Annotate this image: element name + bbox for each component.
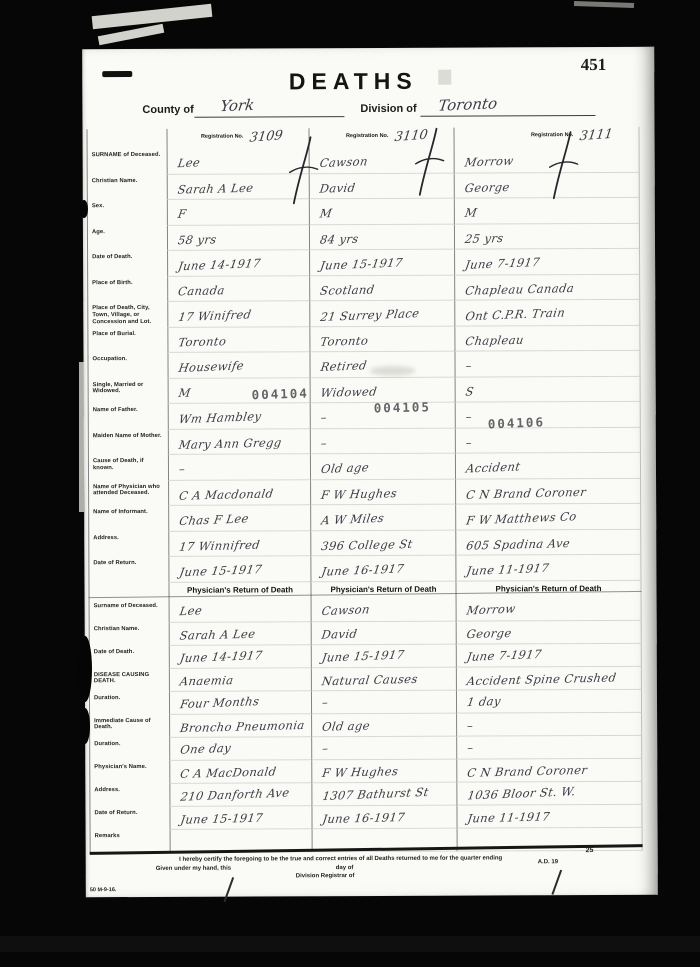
- field-cell: Old age: [311, 713, 456, 737]
- physicians-return-title: Physician's Return of Death: [455, 580, 641, 598]
- handwritten-value: C N Brand Coroner: [466, 762, 588, 779]
- register-page: 451 DEATHS County of York Division of To…: [82, 47, 658, 897]
- checkmark-icon: [412, 126, 446, 198]
- certification-registrar: Division Registrar of: [296, 873, 355, 879]
- field-cell: Chapleau Canada: [454, 274, 640, 300]
- row-label: Name of Informant.: [88, 506, 168, 532]
- field-cell: June 15-1917: [311, 644, 456, 668]
- scan-blob: [80, 708, 90, 744]
- handwritten-value: George: [464, 180, 511, 195]
- handwritten-value: Lee: [179, 603, 204, 618]
- field-cell: F W Matthews Co: [455, 504, 641, 530]
- register-row: Name of Father.Wm Hambley––: [88, 402, 641, 430]
- handwritten-value: 84 yrs: [319, 232, 359, 247]
- field-cell: Accident: [455, 453, 641, 479]
- row-label: Surname of Deceased.: [89, 599, 169, 622]
- register-row: Sex.FMM: [87, 198, 640, 226]
- handwritten-value: Old age: [320, 460, 370, 476]
- pen-slash: [551, 870, 561, 895]
- handwritten-value: –: [466, 740, 474, 754]
- handwritten-value: June 16-1917: [321, 561, 406, 578]
- handwritten-value: June 14-1917: [177, 255, 262, 272]
- handwritten-value: –: [465, 409, 473, 423]
- register-row: Date of Return.June 15-1917June 16-1917J…: [88, 555, 641, 583]
- scan-smudge: [438, 70, 451, 85]
- field-cell: Four Months: [169, 691, 311, 715]
- physicians-return-section: Surname of Deceased.LeeCawsonMorrowChris…: [89, 597, 643, 852]
- handwritten-value: Canada: [177, 283, 225, 298]
- county-division-line: County of York Division of Toronto: [142, 97, 612, 121]
- field-cell: –: [454, 351, 640, 377]
- field-cell: F W Hughes: [311, 759, 456, 783]
- field-cell: 84 yrs: [309, 224, 454, 250]
- handwritten-value: June 7-1917: [466, 646, 543, 663]
- field-cell: June 14-1917: [167, 250, 309, 276]
- handwritten-value: June 15-1917: [179, 561, 264, 578]
- row-label: Date of Death.: [87, 251, 167, 277]
- field-cell: Morrow: [456, 597, 642, 621]
- field-cell: Toronto: [167, 327, 309, 353]
- register-row: Surname of Deceased.LeeCawsonMorrow: [89, 597, 642, 622]
- field-cell: 605 Spadina Ave: [455, 529, 641, 555]
- row-label: Date of Return.: [88, 557, 168, 583]
- division-rule: [420, 114, 595, 117]
- handwritten-value: C A Macdonald: [178, 486, 274, 502]
- handwritten-value: F W Hughes: [320, 486, 398, 502]
- handwritten-value: June 15-1917: [319, 255, 404, 272]
- field-cell: Natural Causes: [311, 667, 456, 691]
- register-row: DISEASE CAUSING DEATH.AnaemiaNatural Cau…: [89, 666, 642, 691]
- handwritten-value: M: [464, 205, 478, 220]
- handwritten-value: 1 day: [466, 693, 502, 708]
- field-cell: Housewife: [167, 352, 309, 378]
- handwritten-value: 25 yrs: [464, 231, 504, 246]
- field-cell: –: [168, 454, 310, 480]
- office-stamp: 004106: [488, 414, 546, 431]
- field-cell: Canada: [167, 276, 309, 302]
- field-cell: C A Macdonald: [168, 480, 310, 506]
- field-cell: June 16-1917: [311, 805, 456, 829]
- handwritten-value: 17 Winnifred: [178, 538, 261, 554]
- register-row: Date of Death.June 14-1917June 15-1917Ju…: [89, 643, 642, 668]
- register-row: Place of Burial.TorontoTorontoChapleau: [87, 325, 640, 353]
- handwritten-value: S: [465, 384, 475, 398]
- handwritten-value: Sarah A Lee: [179, 626, 257, 642]
- row-label: Name of Father.: [88, 404, 168, 430]
- handwritten-value: 17 Winifred: [177, 307, 252, 324]
- handwritten-value: –: [178, 461, 186, 475]
- handwritten-value: 21 Surrey Place: [319, 306, 420, 324]
- handwritten-value: Sarah A Lee: [177, 181, 255, 197]
- handwritten-value: 210 Danforth Ave: [180, 785, 291, 803]
- field-cell: S: [455, 376, 641, 402]
- register-row: Duration.Four Months–1 day: [89, 689, 642, 714]
- certification-given: Given under my hand, this: [156, 866, 231, 872]
- field-cell: Mary Ann Gregg: [168, 429, 310, 455]
- handwritten-value: M: [319, 205, 333, 220]
- certification-text: I hereby certify the foregoing to be the…: [146, 855, 536, 864]
- field-cell: Accident Spine Crushed: [456, 666, 642, 690]
- field-cell: 17 Winifred: [167, 301, 309, 327]
- field-cell: Sarah A Lee: [169, 622, 311, 646]
- handwritten-value: 1036 Bloor St. W.: [467, 784, 577, 802]
- register-row: Name of Physician who attended Deceased.…: [88, 478, 641, 506]
- field-cell: David: [311, 621, 456, 645]
- row-label: Maiden Name of Mother.: [88, 429, 168, 455]
- handwritten-value: June 15-1917: [321, 647, 406, 664]
- handwritten-value: June 11-1917: [467, 809, 551, 825]
- handwritten-value: Natural Causes: [321, 671, 419, 687]
- handwritten-value: June 15-1917: [180, 810, 264, 826]
- handwritten-value: F W Matthews Co: [465, 509, 577, 527]
- field-cell: June 15-1917: [309, 250, 454, 276]
- field-cell: June 7-1917: [456, 643, 642, 667]
- register-row: Cause of Death, if known.–Old ageAcciden…: [88, 453, 641, 481]
- field-cell: 21 Surrey Place: [309, 301, 454, 327]
- register-row: Maiden Name of Mother.Mary Ann Gregg––: [88, 427, 641, 455]
- handwritten-value: –: [465, 358, 473, 372]
- handwritten-value: Accident: [465, 459, 521, 475]
- checkmark-icon: [547, 129, 581, 201]
- form-print-code: 50 M-9-16.: [90, 887, 117, 893]
- row-label: Duration.: [89, 691, 169, 714]
- field-cell: 1036 Bloor St. W.: [456, 781, 642, 805]
- row-label: Date of Death.: [89, 645, 169, 668]
- division-label: Division of: [360, 103, 416, 115]
- row-label: Physician's Name.: [89, 760, 169, 783]
- field-cell: 1 day: [456, 689, 642, 713]
- handwritten-value: Chapleau Canada: [464, 281, 575, 298]
- field-cell: C A MacDonald: [169, 760, 311, 784]
- field-cell: Broncho Pneumonia: [169, 714, 311, 738]
- county-rule: [194, 115, 344, 118]
- page-title: DEATHS: [82, 67, 624, 96]
- field-cell: 17 Winnifred: [168, 531, 310, 557]
- handwritten-value: C A MacDonald: [179, 764, 277, 780]
- handwritten-value: F: [177, 206, 188, 220]
- footer-page-note: 25: [586, 847, 594, 854]
- registration-label: Registration No.: [201, 134, 244, 140]
- field-cell: One day: [169, 737, 311, 761]
- row-label: Single, Married or Widowed.: [88, 378, 168, 404]
- handwritten-value: 605 Spadina Ave: [465, 536, 571, 553]
- handwritten-value: Cawson: [319, 154, 369, 170]
- registration-label: Registration No.: [346, 133, 389, 139]
- field-cell: Cawson: [311, 598, 456, 622]
- field-cell: 25 yrs: [454, 223, 640, 249]
- field-cell: 210 Danforth Ave: [169, 783, 311, 807]
- row-label: Address.: [89, 783, 169, 806]
- field-cell: Chas F Lee: [168, 505, 310, 531]
- handwritten-value: –: [465, 435, 473, 449]
- field-cell: Lee: [169, 599, 311, 623]
- row-label: Immediate Cause of Death.: [89, 714, 169, 737]
- scanner-bed-band: [0, 936, 700, 952]
- field-cell: George: [456, 620, 642, 644]
- field-cell: Scotland: [309, 275, 454, 301]
- scan-blob: [78, 636, 92, 702]
- field-cell: M: [309, 199, 454, 225]
- field-cell: –: [456, 735, 642, 759]
- field-cell: 396 College St: [310, 530, 455, 556]
- register-row: Occupation.HousewifeRetired–: [87, 351, 640, 379]
- handwritten-value: Chas F Lee: [178, 511, 250, 528]
- checkmark-icon: [287, 134, 321, 206]
- handwritten-value: David: [319, 181, 356, 196]
- certification-day-of: day of: [336, 865, 354, 871]
- register-table: Registration No. 3109 Registration No. 3…: [87, 127, 643, 853]
- handwritten-value: Broncho Pneumonia: [179, 717, 305, 734]
- handwritten-value: Retired: [320, 358, 368, 374]
- row-label: Place of Burial.: [87, 327, 167, 353]
- handwritten-value: June 14-1917: [179, 647, 264, 664]
- office-stamp: 004104: [251, 386, 309, 403]
- handwritten-value: Four Months: [179, 694, 260, 711]
- physicians-return-title: Physician's Return of Death: [310, 581, 455, 599]
- field-cell: –: [310, 428, 455, 454]
- register-row: Duration.One day––: [89, 735, 642, 760]
- certification-ad: A.D. 19: [538, 859, 558, 865]
- handwritten-value: C N Brand Coroner: [465, 485, 587, 502]
- handwritten-value: Morrow: [466, 601, 517, 617]
- register-row: Date of Death.June 14-1917June 15-1917Ju…: [87, 249, 640, 277]
- field-cell: June 14-1917: [169, 645, 311, 669]
- scan-streak: [574, 1, 634, 8]
- office-stamp: 004105: [374, 399, 431, 415]
- row-label: Date of Return.: [89, 806, 169, 829]
- field-cell: –: [311, 736, 456, 760]
- county-label: County of: [142, 104, 193, 116]
- field-cell: C N Brand Coroner: [456, 758, 642, 782]
- handwritten-value: David: [321, 626, 358, 641]
- handwritten-value: A W Miles: [320, 510, 385, 527]
- register-row: Place of Death, City, Town, Village, or …: [87, 300, 640, 328]
- field-cell: Old age: [310, 454, 455, 480]
- field-cell: F W Hughes: [310, 479, 455, 505]
- register-row: Age.58 yrs84 yrs25 yrs: [87, 223, 640, 251]
- row-label: Occupation.: [87, 353, 167, 379]
- registrar-section: SURNAME of Deceased.LeeCawsonMorrowChris…: [87, 147, 642, 583]
- handwritten-value: Cawson: [321, 602, 371, 618]
- field-cell: C N Brand Coroner: [455, 478, 641, 504]
- handwritten-value: 1307 Bathurst St: [322, 784, 430, 802]
- field-cell: Wm Hambley: [168, 403, 310, 429]
- field-cell: A W Miles: [310, 505, 455, 531]
- county-value: York: [219, 96, 255, 115]
- field-cell: June 15-1917: [169, 806, 311, 830]
- handwritten-value: –: [321, 741, 329, 755]
- handwritten-value: M: [178, 386, 192, 400]
- row-label: DISEASE CAUSING DEATH.: [89, 668, 169, 691]
- field-cell: –: [455, 427, 641, 453]
- handwritten-value: Old age: [321, 718, 371, 733]
- handwritten-value: June 7-1917: [464, 254, 541, 271]
- row-label: Address.: [88, 531, 168, 557]
- handwritten-value: Toronto: [320, 333, 370, 348]
- field-cell: June 11-1917: [455, 555, 641, 581]
- field-cell: –: [311, 690, 456, 714]
- handwritten-value: Chapleau: [465, 333, 525, 349]
- registration-number: 3111: [578, 127, 613, 145]
- handwritten-value: –: [466, 718, 474, 732]
- row-label: Place of Death, City, Town, Village, or …: [87, 302, 167, 328]
- handwritten-value: June 16-1917: [322, 809, 406, 825]
- footer-certification: 25 I hereby certify the foregoing to be …: [86, 855, 658, 857]
- handwritten-value: Lee: [177, 155, 202, 170]
- field-cell: Chapleau: [454, 325, 640, 351]
- row-label: Remarks: [90, 829, 170, 852]
- row-label: SURNAME of Deceased.: [87, 149, 167, 175]
- register-row: Address.17 Winnifred396 College St605 Sp…: [88, 529, 641, 557]
- field-cell: –: [455, 402, 641, 428]
- field-cell: June 15-1917: [168, 556, 310, 582]
- handwritten-value: George: [466, 625, 513, 640]
- handwritten-value: –: [321, 695, 329, 709]
- register-row: Place of Birth.CanadaScotlandChapleau Ca…: [87, 274, 640, 302]
- handwritten-value: Accident Spine Crushed: [466, 670, 617, 688]
- field-cell: Anaemia: [169, 668, 311, 692]
- register-row: Date of Return.June 15-1917June 16-1917J…: [89, 804, 642, 829]
- field-cell: June 11-1917: [456, 804, 642, 828]
- handwritten-value: Mary Ann Gregg: [178, 435, 283, 452]
- register-row: Name of Informant.Chas F LeeA W MilesF W…: [88, 504, 641, 532]
- handwritten-value: –: [320, 410, 328, 424]
- row-label: Place of Birth.: [87, 276, 167, 302]
- handwritten-value: Wm Hambley: [178, 408, 263, 425]
- field-cell: Ont C.P.R. Train: [454, 300, 640, 326]
- register-row: Immediate Cause of Death.Broncho Pneumon…: [89, 712, 642, 737]
- handwritten-value: 58 yrs: [177, 232, 217, 247]
- register-row: Address.210 Danforth Ave1307 Bathurst St…: [89, 781, 642, 806]
- row-label: Age.: [87, 225, 167, 251]
- scan-blob: [80, 200, 88, 218]
- field-cell: –: [456, 712, 642, 736]
- scanned-death-register: { "page": { "number": "451", "title": "D…: [0, 0, 700, 967]
- field-cell: June 7-1917: [454, 249, 640, 275]
- division-value: Toronto: [437, 94, 498, 114]
- handwritten-value: Scotland: [319, 282, 375, 297]
- row-label: Christian Name.: [89, 622, 169, 645]
- handwritten-value: 396 College St: [320, 537, 413, 553]
- register-row: Christian Name.Sarah A LeeDavidGeorge: [89, 620, 642, 645]
- field-cell: June 16-1917: [310, 556, 455, 582]
- handwritten-value: –: [320, 436, 328, 450]
- register-row: Physician's Name.C A MacDonaldF W Hughes…: [89, 758, 642, 783]
- handwritten-value: Anaemia: [179, 673, 234, 688]
- row-label: Sex.: [87, 200, 167, 226]
- row-label: Cause of Death, if known.: [88, 455, 168, 481]
- field-cell: Toronto: [309, 326, 454, 352]
- register-row: Single, Married or Widowed.MWidowedS: [88, 376, 641, 404]
- row-label: Duration.: [89, 737, 169, 760]
- field-cell: M: [454, 198, 640, 224]
- field-cell: 58 yrs: [167, 225, 309, 251]
- field-cell: 1307 Bathurst St: [311, 782, 456, 806]
- pen-slash: [223, 877, 233, 902]
- handwritten-value: Morrow: [464, 153, 515, 169]
- row-label: Name of Physician who attended Deceased.: [88, 480, 168, 506]
- handwritten-value: Housewife: [178, 358, 245, 375]
- handwritten-value: One day: [179, 740, 232, 756]
- handwritten-value: Toronto: [178, 334, 228, 349]
- handwritten-value: F W Hughes: [321, 764, 399, 780]
- registration-number: 3109: [248, 128, 283, 146]
- handwritten-value: Widowed: [320, 384, 378, 399]
- handwritten-value: Ont C.P.R. Train: [464, 305, 566, 323]
- row-label: Christian Name.: [87, 174, 167, 200]
- handwritten-value: June 11-1917: [466, 560, 551, 577]
